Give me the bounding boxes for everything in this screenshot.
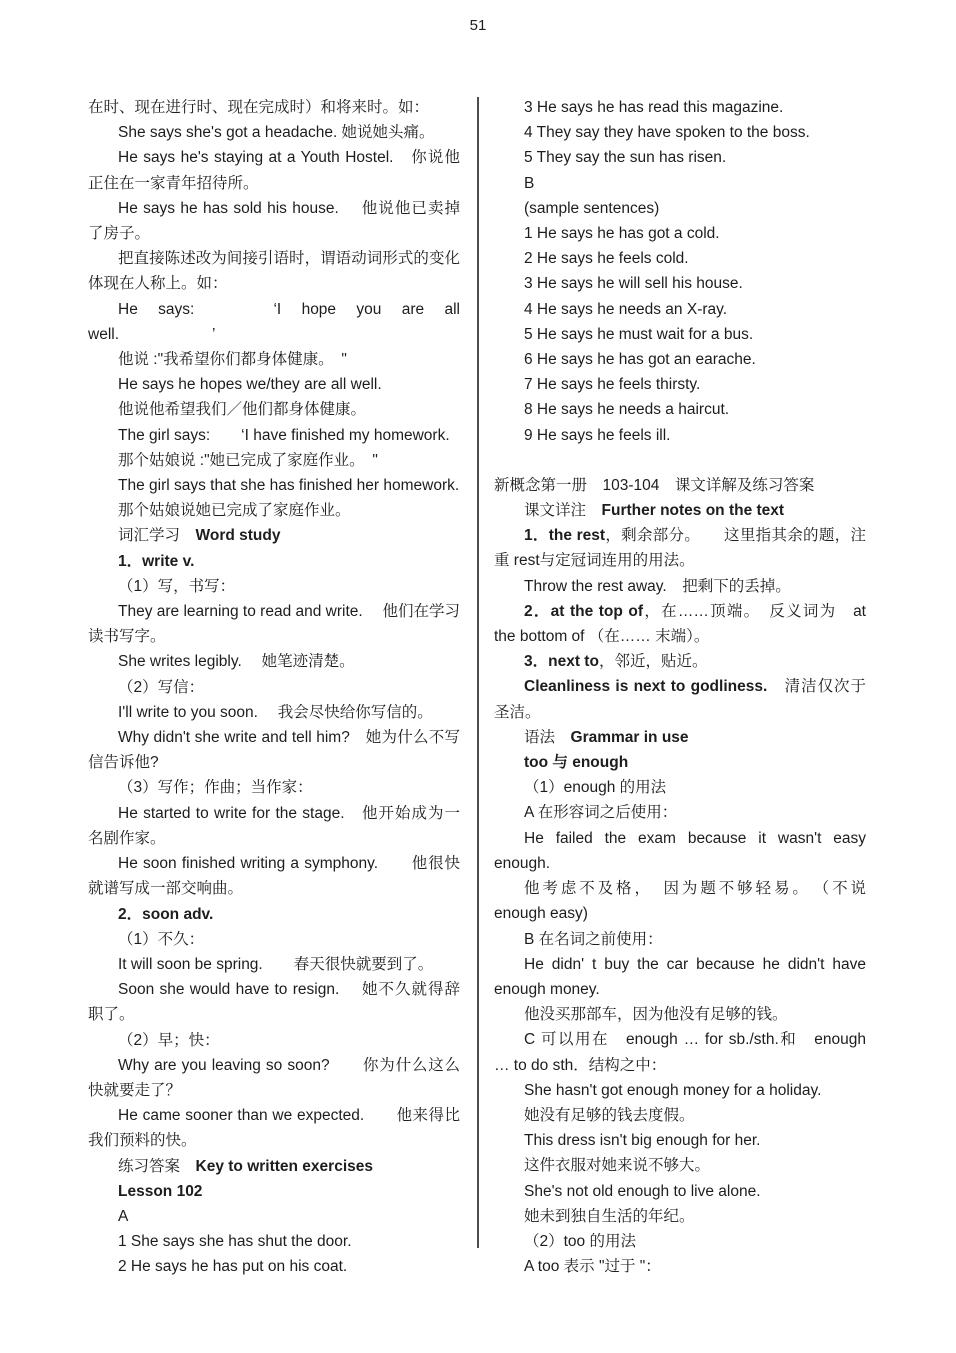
text-run: 他没买那部车，因为他没有足够的钱。 [524, 1006, 788, 1023]
text-run: （1）enough 的用法 [524, 779, 666, 796]
paragraph: She writes legibly. 她笔迹清楚。 [88, 649, 460, 674]
paragraph: A too 表示 "过于 "： [494, 1254, 866, 1279]
paragraph: Lesson 102 [88, 1179, 460, 1204]
paragraph: Throw the rest away. 把剩下的丢掉。 [494, 574, 866, 599]
text-run: She hasn't got enough money for a holida… [524, 1082, 821, 1099]
text-run: 2 He says he has put on his coat. [118, 1258, 347, 1275]
paragraph: 5 They say the sun has risen. [494, 145, 866, 170]
paragraph: Cleanliness is next to godliness. 清洁仅次于圣… [494, 674, 866, 724]
text-run: He says: ‘I hope you are all well. ’ [88, 301, 460, 343]
left-column: 在时、现在进行时、现在完成时）和将来时。如：She says she's got… [88, 95, 460, 1280]
paragraph: The girl says: ‘I have finished my homew… [88, 423, 460, 448]
text-run: Why are you leaving so soon? 你为什么这么快就要走了… [88, 1057, 460, 1099]
paragraph: 1．write v. [88, 549, 460, 574]
text-run: She's not old enough to live alone. [524, 1183, 761, 1200]
paragraph: 1 He says he has got a cold. [494, 221, 866, 246]
text-run: （2）早；快： [118, 1032, 220, 1049]
text-run: 5 They say the sun has risen. [524, 149, 726, 166]
bold-text-run: Key to written exercises [196, 1158, 373, 1175]
text-run: He started to write for the stage. 他开始成为… [88, 805, 460, 847]
paragraph: 他考虑不及格， 因为题不够轻易。 （不说 enough easy) [494, 876, 866, 926]
paragraph: He started to write for the stage. 他开始成为… [88, 801, 460, 851]
paragraph: 练习答案 Key to written exercises [88, 1154, 460, 1179]
paragraph: He came sooner than we expected. 他来得比我们预… [88, 1103, 460, 1153]
text-run: 语法 [524, 729, 571, 746]
text-run: 那个姑娘说 :"她已完成了家庭作业。 " [118, 452, 378, 469]
paragraph: This dress isn't big enough for her. [494, 1128, 866, 1153]
paragraph: （3）写作；作曲；当作家： [88, 775, 460, 800]
text-run: The girl says that she has finished her … [118, 477, 459, 494]
text-run: 7 He says he feels thirsty. [524, 376, 700, 393]
paragraph: 把直接陈述改为间接引语时，谓语动词形式的变化体现在人称上。如： [88, 246, 460, 296]
text-run: （1）不久： [118, 931, 204, 948]
text-run: 那个姑娘说她已完成了家庭作业。 [118, 502, 351, 519]
text-run: 6 He says he has got an earache. [524, 351, 756, 368]
paragraph: 课文详注 Further notes on the text [494, 498, 866, 523]
text-run: 8 He says he needs a haircut. [524, 401, 729, 418]
paragraph: Soon she would have to resign. 她不久就得辞职了。 [88, 977, 460, 1027]
paragraph: B 在名词之前使用： [494, 927, 866, 952]
paragraph: They are learning to read and write. 他们在… [88, 599, 460, 649]
paragraph: 他说他希望我们／他们都身体健康。 [88, 397, 460, 422]
paragraph: （2）too 的用法 [494, 1229, 866, 1254]
text-run: B 在名词之前使用： [524, 931, 663, 948]
paragraph: （1）enough 的用法 [494, 775, 866, 800]
paragraph: He failed the exam because it wasn't eas… [494, 826, 866, 876]
paragraph: 6 He says he has got an earache. [494, 347, 866, 372]
paragraph: 她未到独自生活的年纪。 [494, 1204, 866, 1229]
text-run: B [524, 175, 534, 192]
paragraph: She hasn't got enough money for a holida… [494, 1078, 866, 1103]
paragraph: 3 He says he will sell his house. [494, 271, 866, 296]
bold-text-run: 3．next to [524, 653, 599, 670]
text-run: He didn' t buy the car because he didn't… [494, 956, 866, 998]
text-run: 他考虑不及格， 因为题不够轻易。 （不说 enough easy) [494, 880, 882, 922]
text-run: C 可以用在 enough … for sb./sth.和 enough … t… [494, 1031, 866, 1073]
text-run: 她未到独自生活的年纪。 [524, 1208, 695, 1225]
paragraph: 5 He says he must wait for a bus. [494, 322, 866, 347]
text-run: （1）写，书写： [118, 578, 235, 595]
paragraph: 这件衣服对她来说不够大。 [494, 1153, 866, 1178]
text-run: 课文详注 [524, 502, 602, 519]
text-run: He soon finished writing a symphony. 他很快… [88, 855, 460, 897]
text-run: He says he's staying at a Youth Hostel. … [88, 149, 460, 191]
paragraph: 2．at the top of，在……顶端。 反义词为 at the botto… [494, 599, 866, 649]
paragraph: （1）不久： [88, 927, 460, 952]
text-run: Soon she would have to resign. 她不久就得辞职了。 [88, 981, 460, 1023]
text-run: Why didn't she write and tell him? 她为什么不… [88, 729, 460, 771]
paragraph: （1）写，书写： [88, 574, 460, 599]
text-run: 5 He says he must wait for a bus. [524, 326, 753, 343]
text-run: They are learning to read and write. 他们在… [88, 603, 460, 645]
paragraph: 词汇学习 Word study [88, 523, 460, 548]
paragraph: 8 He says he needs a haircut. [494, 397, 866, 422]
text-run: 1 He says he has got a cold. [524, 225, 720, 242]
text-run: 词汇学习 [118, 527, 196, 544]
paragraph: C 可以用在 enough … for sb./sth.和 enough … t… [494, 1027, 866, 1077]
text-run: ，邻近，贴近。 [599, 653, 708, 670]
paragraph: 3 He says he has read this magazine. [494, 95, 866, 120]
paragraph: Why didn't she write and tell him? 她为什么不… [88, 725, 460, 775]
document-page: 51 在时、现在进行时、现在完成时）和将来时。如：She says she's … [0, 0, 956, 1280]
text-run: （3）写作；作曲；当作家： [118, 779, 313, 796]
bold-text-run: 1．the rest [524, 527, 605, 544]
text-run: He says he hopes we/they are all well. [118, 376, 382, 393]
bold-text-run: Further notes on the text [602, 502, 785, 519]
paragraph: 语法 Grammar in use [494, 725, 866, 750]
text-run: Throw the rest away. 把剩下的丢掉。 [524, 578, 791, 595]
paragraph: She says she's got a headache. 她说她头痛。 [88, 120, 460, 145]
text-run: (sample sentences) [524, 200, 659, 217]
paragraph: (sample sentences) [494, 196, 866, 221]
paragraph: 那个姑娘说 :"她已完成了家庭作业。 " [88, 448, 460, 473]
paragraph: 2 He says he feels cold. [494, 246, 866, 271]
bold-text-run: Grammar in use [571, 729, 689, 746]
paragraph: A [88, 1204, 460, 1229]
paragraph: Why are you leaving so soon? 你为什么这么快就要走了… [88, 1053, 460, 1103]
text-run: A too 表示 "过于 "： [524, 1258, 661, 1275]
text-run: It will soon be spring. 春天很快就要到了。 [118, 956, 433, 973]
text-run: The girl says: ‘I have finished my homew… [118, 427, 450, 444]
page-number: 51 [0, 0, 956, 38]
text-run: She writes legibly. 她笔迹清楚。 [118, 653, 355, 670]
paragraph: 4 He says he needs an X-ray. [494, 297, 866, 322]
bold-text-run: Word study [196, 527, 281, 544]
text-run: 4 They say they have spoken to the boss. [524, 124, 810, 141]
paragraph: I'll write to you soon. 我会尽快给你写信的。 [88, 700, 460, 725]
text-run: 2 He says he feels cold. [524, 250, 689, 267]
bold-text-run: 2．at the top of [524, 603, 643, 620]
text-run: He says he has sold his house. 他说他已卖掉了房子… [88, 200, 460, 242]
paragraph: （2）写信： [88, 675, 460, 700]
text-run: 他说 :"我希望你们都身体健康。 " [118, 351, 347, 368]
paragraph: 2 He says he has put on his coat. [88, 1254, 460, 1279]
bold-text-run: 2．soon adv. [118, 906, 213, 923]
paragraph: 她没有足够的钱去度假。 [494, 1103, 866, 1128]
text-run: 3 He says he has read this magazine. [524, 99, 783, 116]
bold-text-run: Lesson 102 [118, 1183, 202, 1200]
text-run: 把直接陈述改为间接引语时，谓语动词形式的变化体现在人称上。如： [88, 250, 460, 292]
paragraph: 9 He says he feels ill. [494, 423, 866, 448]
two-column-layout: 在时、现在进行时、现在完成时）和将来时。如：She says she's got… [0, 95, 956, 1280]
text-run: 她没有足够的钱去度假。 [524, 1107, 695, 1124]
paragraph: He says he's staying at a Youth Hostel. … [88, 145, 460, 195]
paragraph: 2．soon adv. [88, 902, 460, 927]
paragraph: He says: ‘I hope you are all well. ’ [88, 297, 460, 347]
paragraph: He didn' t buy the car because he didn't… [494, 952, 866, 1002]
text-run: He failed the exam because it wasn't eas… [494, 830, 866, 872]
paragraph: He soon finished writing a symphony. 他很快… [88, 851, 460, 901]
paragraph: She's not old enough to live alone. [494, 1179, 866, 1204]
text-run: 4 He says he needs an X-ray. [524, 301, 727, 318]
column-divider [477, 97, 479, 1248]
paragraph: 他说 :"我希望你们都身体健康。 " [88, 347, 460, 372]
paragraph: He says he hopes we/they are all well. [88, 372, 460, 397]
text-run: 3 He says he will sell his house. [524, 275, 743, 292]
paragraph: 4 They say they have spoken to the boss. [494, 120, 866, 145]
text-run: 9 He says he feels ill. [524, 427, 670, 444]
text-run: 这件衣服对她来说不够大。 [524, 1157, 710, 1174]
text-run: （2）too 的用法 [524, 1233, 636, 1250]
paragraph: The girl says that she has finished her … [88, 473, 460, 498]
text-run: 在时、现在进行时、现在完成时）和将来时。如： [88, 99, 429, 116]
paragraph: 7 He says he feels thirsty. [494, 372, 866, 397]
text-run: 新概念第一册 103-104 课文详解及练习答案 [494, 477, 814, 494]
paragraph: （2）早；快： [88, 1028, 460, 1053]
paragraph: too 与 enough [494, 750, 866, 775]
paragraph: A 在形容词之后使用： [494, 800, 866, 825]
text-run: A [118, 1208, 128, 1225]
bold-text-run: too 与 enough [524, 754, 628, 771]
text-run: A 在形容词之后使用： [524, 804, 677, 821]
bold-text-run: 1．write v. [118, 553, 194, 570]
text-run: I'll write to you soon. 我会尽快给你写信的。 [118, 704, 433, 721]
text-run: This dress isn't big enough for her. [524, 1132, 760, 1149]
paragraph: He says he has sold his house. 他说他已卖掉了房子… [88, 196, 460, 246]
text-run: （2）写信： [118, 679, 204, 696]
text-run: He came sooner than we expected. 他来得比我们预… [88, 1107, 460, 1149]
text-run: 练习答案 [118, 1158, 196, 1175]
paragraph: 那个姑娘说她已完成了家庭作业。 [88, 498, 460, 523]
text-run: 1 She says she has shut the door. [118, 1233, 352, 1250]
text-run: She says she's got a headache. 她说她头痛。 [118, 124, 435, 141]
paragraph: It will soon be spring. 春天很快就要到了。 [88, 952, 460, 977]
bold-text-run: Cleanliness is next to godliness. [524, 678, 767, 695]
paragraph: 他没买那部车，因为他没有足够的钱。 [494, 1002, 866, 1027]
paragraph: 在时、现在进行时、现在完成时）和将来时。如： [88, 95, 460, 120]
text-run: 他说他希望我们／他们都身体健康。 [118, 401, 366, 418]
paragraph: 新概念第一册 103-104 课文详解及练习答案 [494, 473, 866, 498]
paragraph: B [494, 171, 866, 196]
right-column: 3 He says he has read this magazine.4 Th… [494, 95, 866, 1279]
paragraph: 1 She says she has shut the door. [88, 1229, 460, 1254]
paragraph: 3．next to，邻近，贴近。 [494, 649, 866, 674]
paragraph: 1．the rest，剩余部分。 这里指其余的题，注重 rest与定冠词连用的用… [494, 523, 866, 573]
